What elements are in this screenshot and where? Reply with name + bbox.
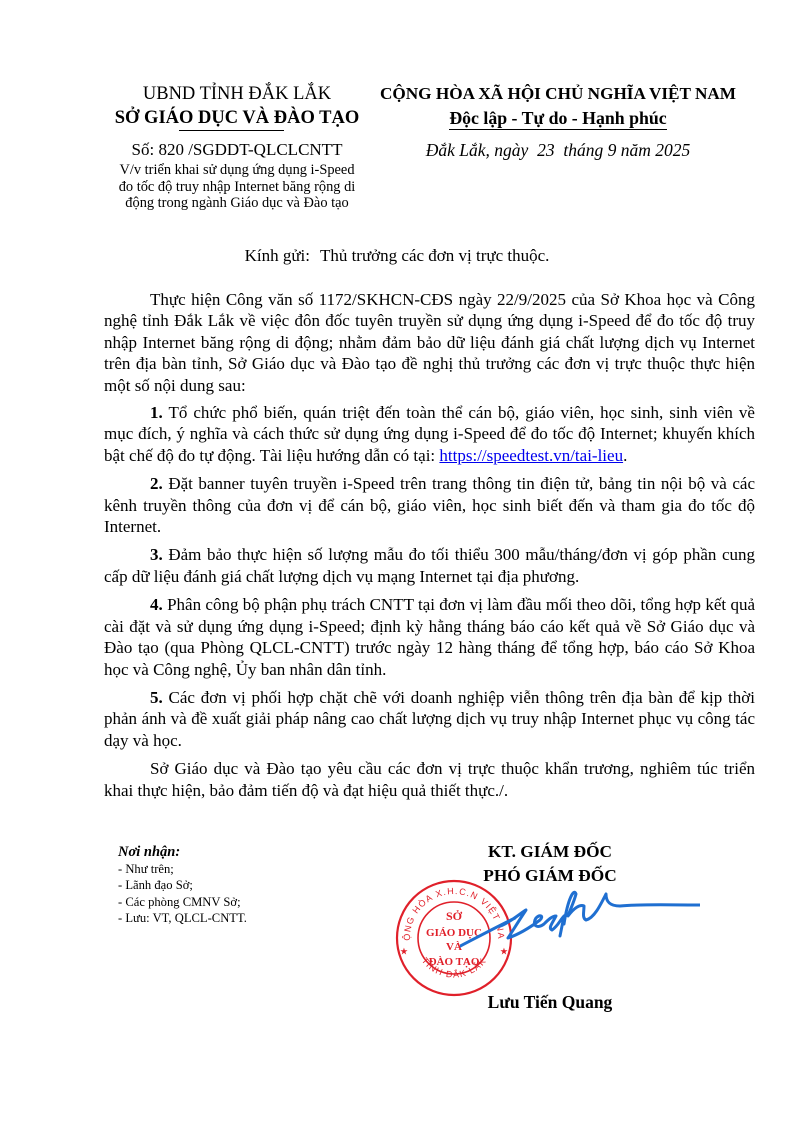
list-item: 5. Các đơn vị phối hợp chặt chẽ với doan… (104, 687, 755, 751)
closing-paragraph: Sở Giáo dục và Đào tạo yêu cầu các đơn v… (104, 758, 755, 801)
intro-paragraph: Thực hiện Công văn số 1172/SKHCN-CĐS ngà… (104, 289, 755, 396)
list-item: 4. Phân công bộ phận phụ trách CNTT tại … (104, 594, 755, 680)
item-text: Các đơn vị phối hợp chặt chẽ với doanh n… (104, 688, 755, 750)
list-item: 1. Tổ chức phổ biến, quán triệt đến toàn… (104, 402, 755, 466)
document-body: Thực hiện Công văn số 1172/SKHCN-CĐS ngà… (104, 289, 755, 808)
stamp-center-line: ĐÀO TẠO (429, 956, 480, 968)
stamp-star-icon: ★ (400, 947, 408, 956)
recipients-title: Nơi nhận: (118, 844, 378, 861)
on-behalf-label: KT. GIÁM ĐỐC (430, 840, 670, 864)
recipient-item: - Các phòng CMNV Sở; (118, 894, 378, 910)
item-text: Tổ chức phổ biến, quán triệt đến toàn th… (104, 403, 755, 465)
subject-line: đo tốc độ truy nhập Internet băng rộng d… (96, 179, 378, 196)
list-item: 3. Đảm bảo thực hiện số lượng mẫu đo tối… (104, 544, 755, 587)
recipient-item: - Lãnh đạo Sở; (118, 877, 378, 893)
document-subject: V/v triển khai sử dụng ứng dụng i-Speed … (96, 162, 378, 212)
item-number: 2. (150, 474, 163, 493)
addressee-line: Kính gửi: Thủ trưởng các đơn vị trực thu… (0, 245, 794, 267)
item-number: 4. (150, 595, 163, 614)
item-number: 1. (150, 403, 163, 422)
handwritten-signature-icon (460, 880, 700, 950)
list-item: 2. Đặt banner tuyên truyền i-Speed trên … (104, 473, 755, 537)
recipient-item: - Như trên; (118, 861, 378, 877)
department-underline (179, 130, 284, 131)
recipient-item: - Lưu: VT, QLCL-CNTT. (118, 910, 378, 926)
issuing-agency-block: UBND TỈNH ĐẮK LẮK SỞ GIÁO DỤC VÀ ĐÀO TẠO… (96, 82, 378, 212)
department-name: SỞ GIÁO DỤC VÀ ĐÀO TẠO (96, 106, 378, 130)
item-text: Phân công bộ phận phụ trách CNTT tại đơn… (104, 595, 755, 678)
item-text: Đảm bảo thực hiện số lượng mẫu đo tối th… (104, 545, 755, 585)
item-text: Đặt banner tuyên truyền i-Speed trên tra… (104, 474, 755, 536)
national-header-block: CỘNG HÒA XÃ HỘI CHỦ NGHĨA VIỆT NAM Độc l… (373, 82, 743, 161)
recipients-block: Nơi nhận: - Như trên; - Lãnh đạo Sở; - C… (118, 844, 378, 926)
subject-line: V/v triển khai sử dụng ứng dụng i-Speed (96, 162, 378, 179)
document-number: Số: 820 /SGDDT-QLCLCNTT (96, 139, 378, 161)
addressee-label: Kính gửi: (245, 246, 310, 265)
national-motto: Độc lập - Tự do - Hạnh phúc (373, 106, 743, 130)
item-number: 3. (150, 545, 163, 564)
item-number: 5. (150, 688, 163, 707)
motto-text: Độc lập - Tự do - Hạnh phúc (449, 108, 666, 130)
national-title: CỘNG HÒA XÃ HỘI CHỦ NGHĨA VIỆT NAM (373, 82, 743, 106)
item-suffix: . (623, 446, 627, 465)
addressee-value: Thủ trưởng các đơn vị trực thuộc. (320, 246, 549, 265)
guide-link[interactable]: https://speedtest.vn/tai-lieu (439, 446, 623, 465)
signer-name: Lưu Tiến Quang (430, 991, 670, 1013)
provincial-authority: UBND TỈNH ĐẮK LẮK (96, 82, 378, 106)
subject-line: động trong ngành Giáo dục và Đào tạo (96, 195, 378, 212)
place-and-date: Đắk Lắk, ngày 23 tháng 9 năm 2025 (373, 139, 743, 161)
